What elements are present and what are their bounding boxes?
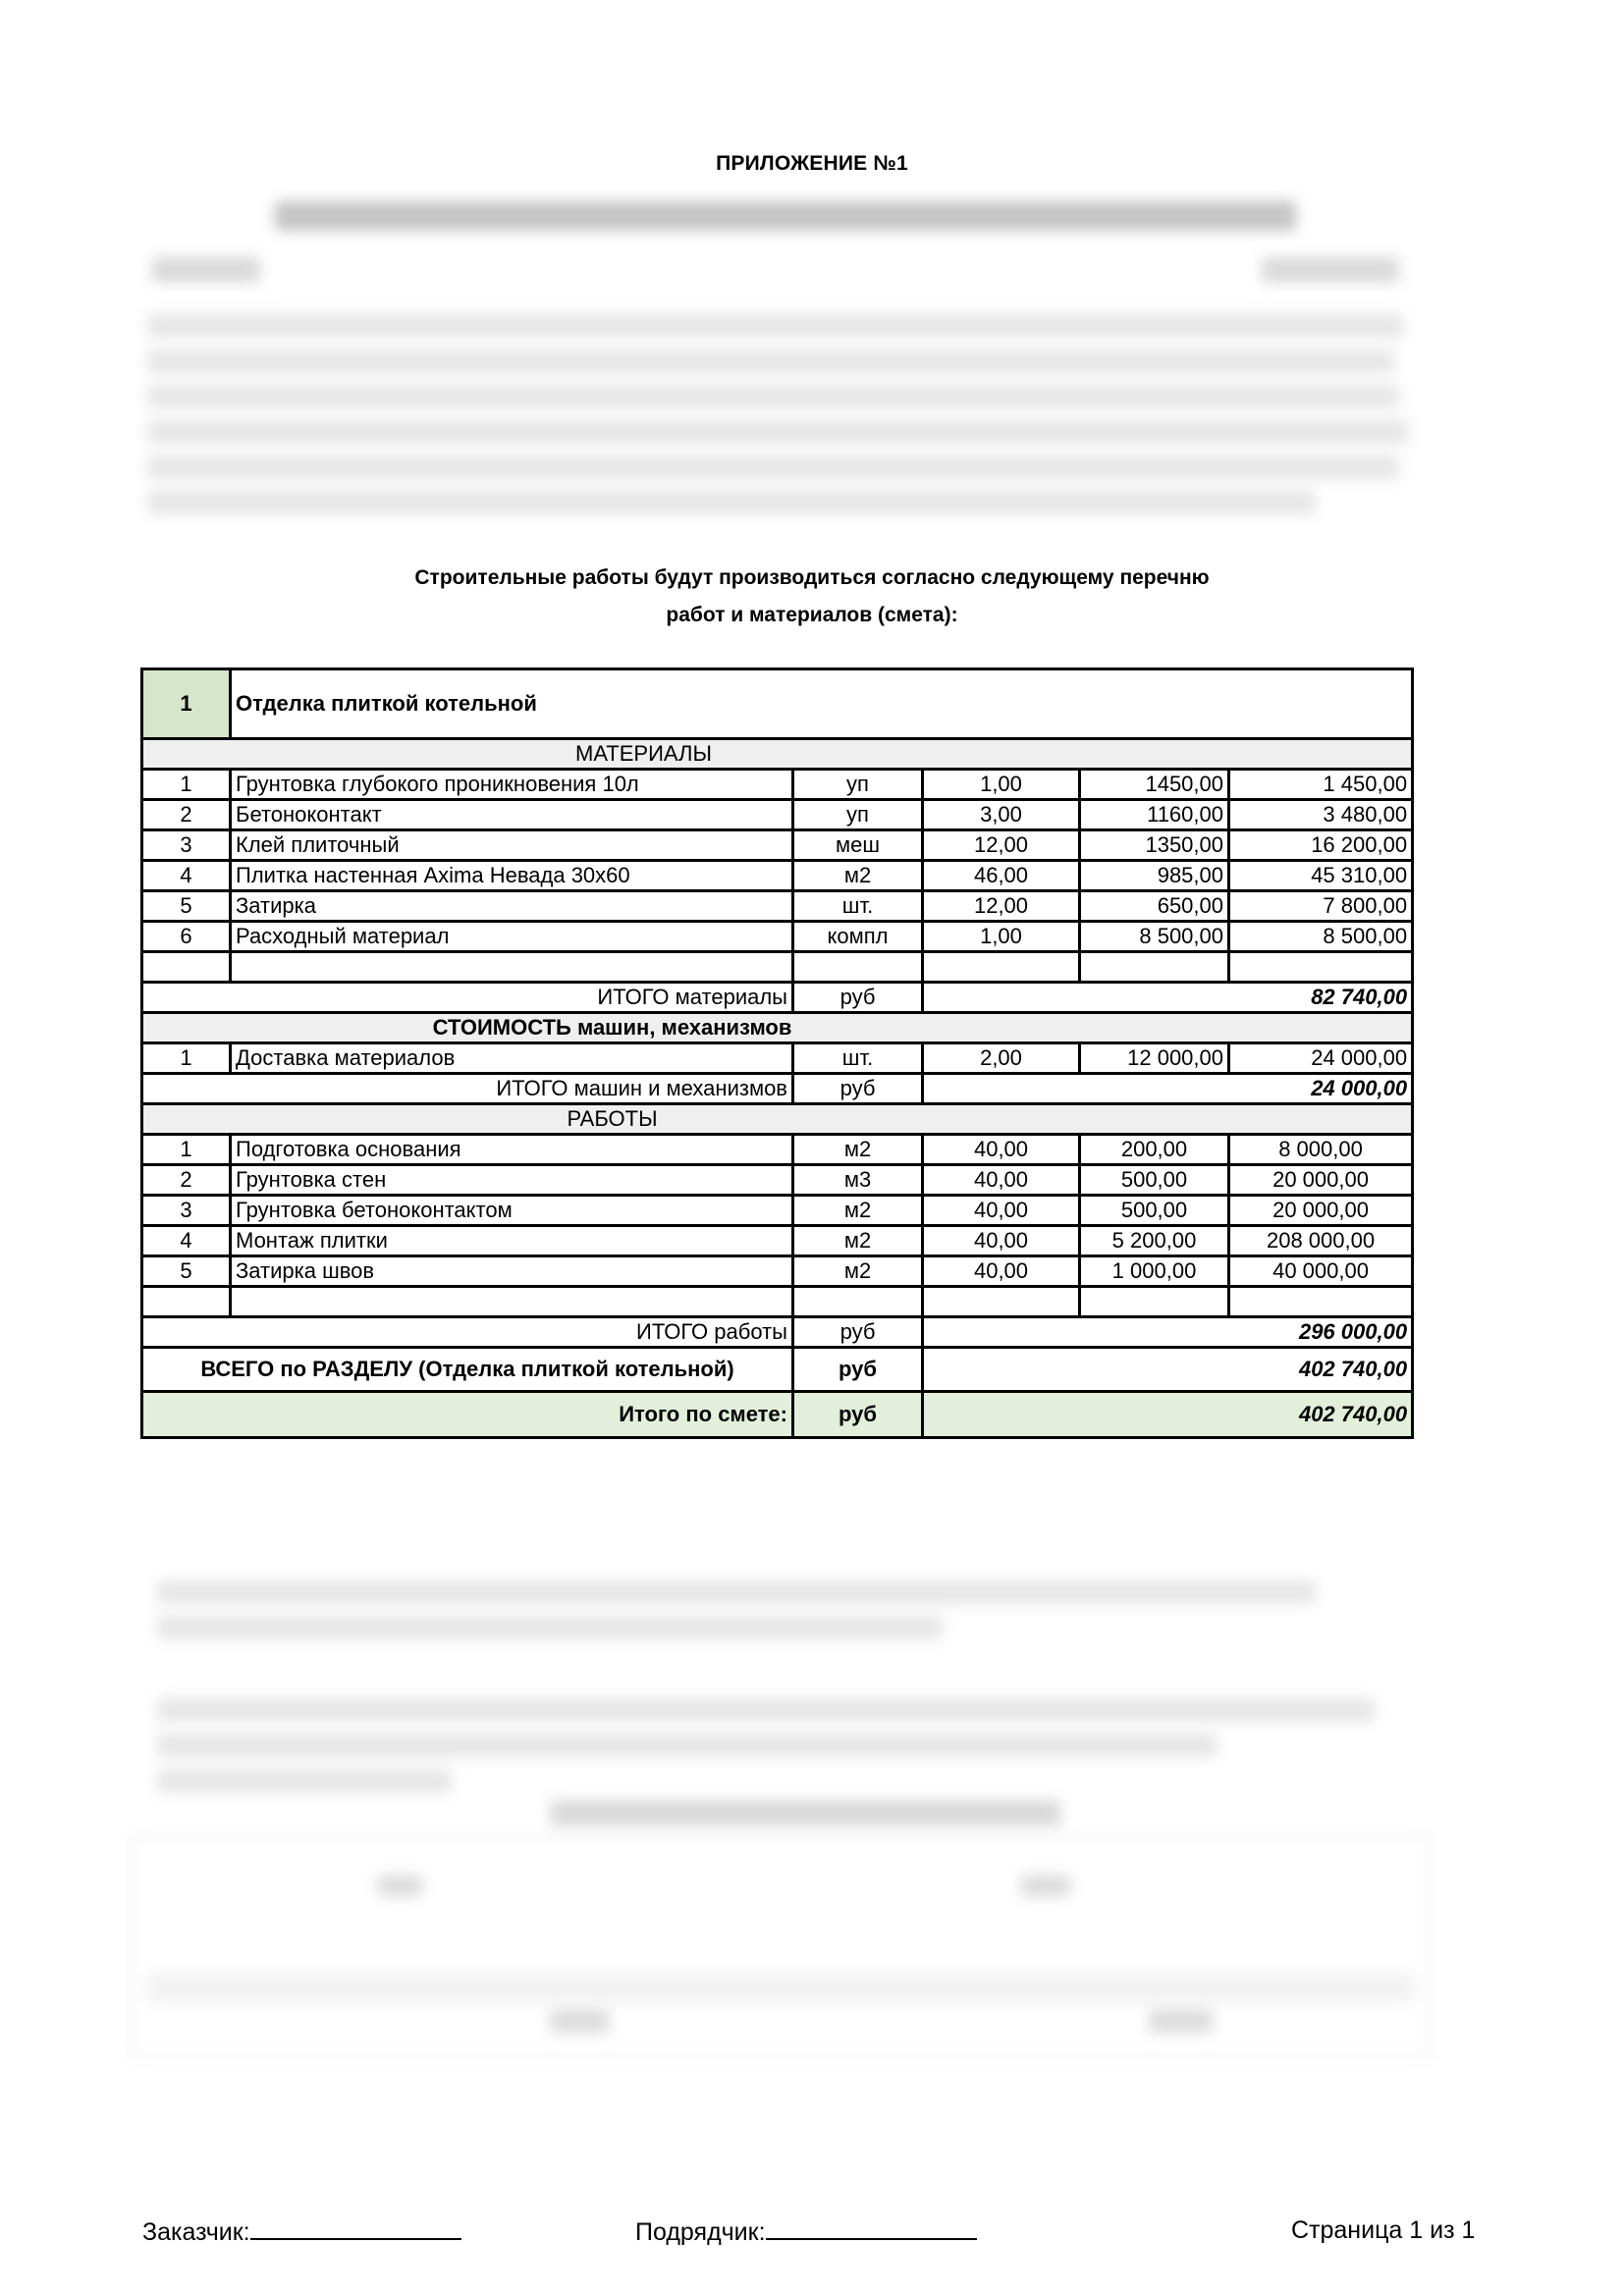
item-sum: 208 000,00	[1229, 1226, 1413, 1256]
materials-heading-row: МАТЕРИАЛЫ	[142, 739, 1413, 770]
item-qty: 46,00	[923, 861, 1080, 891]
works-heading: РАБОТЫ	[567, 1106, 657, 1131]
footer-customer: Заказчик:	[142, 2216, 461, 2247]
item-name: Доставка материалов	[231, 1043, 793, 1074]
table-row: 3Грунтовка бетоноконтактомм240,00500,002…	[142, 1196, 1413, 1226]
grand-total-label: Итого по смете:	[142, 1392, 793, 1438]
item-name: Затирка швов	[231, 1256, 793, 1287]
item-qty: 40,00	[923, 1196, 1080, 1226]
item-unit: шт.	[793, 891, 923, 922]
estimate-table: 1 Отделка плиткой котельной МАТЕРИАЛЫ 1Г…	[140, 667, 1414, 1439]
item-name: Бетоноконтакт	[231, 800, 793, 830]
redacted-header-block	[0, 0, 1624, 550]
item-name: Грунтовка стен	[231, 1165, 793, 1196]
item-sum: 16 200,00	[1229, 830, 1413, 861]
item-unit: м3	[793, 1165, 923, 1196]
contractor-signature-line	[766, 2216, 977, 2240]
item-unit: уп	[793, 800, 923, 830]
grand-total-row: Итого по смете:руб402 740,00	[142, 1392, 1413, 1438]
item-qty: 3,00	[923, 800, 1080, 830]
blank-row	[142, 1287, 1413, 1317]
item-name: Плитка настенная Axima Невада 30х60	[231, 861, 793, 891]
row-number: 4	[142, 861, 231, 891]
item-unit: м2	[793, 1135, 923, 1165]
grand-total-value: 402 740,00	[923, 1392, 1413, 1438]
item-sum: 8 000,00	[1229, 1135, 1413, 1165]
item-unit: компл	[793, 922, 923, 952]
materials-heading: МАТЕРИАЛЫ	[575, 741, 712, 766]
section-total-label: ВСЕГО по РАЗДЕЛУ (Отделка плиткой котель…	[142, 1348, 793, 1392]
table-row: 1Подготовка основаниям240,00200,008 000,…	[142, 1135, 1413, 1165]
section-total-row: ВСЕГО по РАЗДЕЛУ (Отделка плиткой котель…	[142, 1348, 1413, 1392]
table-row: 2Грунтовка стенм340,00500,0020 000,00	[142, 1165, 1413, 1196]
item-price: 12 000,00	[1080, 1043, 1229, 1074]
item-qty: 40,00	[923, 1256, 1080, 1287]
section-total-value: 402 740,00	[923, 1348, 1413, 1392]
contractor-label: Подрядчик:	[635, 2218, 766, 2246]
item-price: 1350,00	[1080, 830, 1229, 861]
item-qty: 1,00	[923, 922, 1080, 952]
works-total-row: ИТОГО работыруб296 000,00	[142, 1317, 1413, 1348]
row-number: 5	[142, 1256, 231, 1287]
row-number: 5	[142, 891, 231, 922]
machines-heading-row: СТОИМОСТЬ машин, механизмов	[142, 1013, 1413, 1043]
item-sum: 8 500,00	[1229, 922, 1413, 952]
item-unit: шт.	[793, 1043, 923, 1074]
total-value: 24 000,00	[923, 1074, 1413, 1104]
row-number: 3	[142, 830, 231, 861]
total-value: 296 000,00	[923, 1317, 1413, 1348]
table-row: 4Плитка настенная Axima Невада 30х60м246…	[142, 861, 1413, 891]
item-qty: 40,00	[923, 1226, 1080, 1256]
row-number: 3	[142, 1196, 231, 1226]
item-qty: 12,00	[923, 830, 1080, 861]
item-sum: 1 450,00	[1229, 770, 1413, 800]
table-row: 6Расходный материалкомпл1,008 500,008 50…	[142, 922, 1413, 952]
item-price: 1 000,00	[1080, 1256, 1229, 1287]
item-name: Монтаж плитки	[231, 1226, 793, 1256]
item-price: 8 500,00	[1080, 922, 1229, 952]
item-price: 500,00	[1080, 1165, 1229, 1196]
item-sum: 40 000,00	[1229, 1256, 1413, 1287]
row-number: 1	[142, 1135, 231, 1165]
table-row: 1Доставка материаловшт.2,0012 000,0024 0…	[142, 1043, 1413, 1074]
item-price: 500,00	[1080, 1196, 1229, 1226]
row-number: 1	[142, 770, 231, 800]
blank-row	[142, 952, 1413, 983]
section-number: 1	[142, 669, 231, 739]
intro-line-2: работ и материалов (смета):	[0, 597, 1624, 634]
customer-signature-line	[250, 2216, 461, 2240]
row-number: 2	[142, 1165, 231, 1196]
footer-contractor: Подрядчик:	[635, 2216, 977, 2247]
item-price: 5 200,00	[1080, 1226, 1229, 1256]
item-name: Грунтовка бетоноконтактом	[231, 1196, 793, 1226]
item-qty: 1,00	[923, 770, 1080, 800]
item-qty: 2,00	[923, 1043, 1080, 1074]
item-price: 1450,00	[1080, 770, 1229, 800]
row-number: 6	[142, 922, 231, 952]
redacted-terms-block	[0, 1551, 1624, 2160]
item-price: 200,00	[1080, 1135, 1229, 1165]
section-header-row: 1 Отделка плиткой котельной	[142, 669, 1413, 739]
item-name: Расходный материал	[231, 922, 793, 952]
section-title: Отделка плиткой котельной	[231, 669, 1413, 739]
item-sum: 20 000,00	[1229, 1196, 1413, 1226]
item-unit: м2	[793, 1226, 923, 1256]
item-qty: 40,00	[923, 1165, 1080, 1196]
total-unit: руб	[793, 1074, 923, 1104]
item-qty: 40,00	[923, 1135, 1080, 1165]
machines-heading-rest: машин, механизмов	[571, 1015, 792, 1040]
item-sum: 24 000,00	[1229, 1043, 1413, 1074]
table-row: 3Клей плиточныймеш12,001350,0016 200,00	[142, 830, 1413, 861]
page-number: Страница 1 из 1	[1291, 2216, 1475, 2245]
table-row: 1Грунтовка глубокого проникновения 10луп…	[142, 770, 1413, 800]
table-row: 5Затиркашт.12,00650,007 800,00	[142, 891, 1413, 922]
item-unit: м2	[793, 1196, 923, 1226]
table-row: 2Бетоноконтактуп3,001160,003 480,00	[142, 800, 1413, 830]
machines-total-row: ИТОГО машин и механизмовруб24 000,00	[142, 1074, 1413, 1104]
item-name: Подготовка основания	[231, 1135, 793, 1165]
item-sum: 20 000,00	[1229, 1165, 1413, 1196]
item-sum: 7 800,00	[1229, 891, 1413, 922]
item-name: Затирка	[231, 891, 793, 922]
item-name: Грунтовка глубокого проникновения 10л	[231, 770, 793, 800]
total-label: ИТОГО материалы	[142, 983, 793, 1013]
total-unit: руб	[793, 983, 923, 1013]
row-number: 4	[142, 1226, 231, 1256]
materials-total-row: ИТОГО материалыруб82 740,00	[142, 983, 1413, 1013]
intro-line-1: Строительные работы будут производиться …	[0, 560, 1624, 597]
item-price: 1160,00	[1080, 800, 1229, 830]
item-price: 985,00	[1080, 861, 1229, 891]
estimate-intro: Строительные работы будут производиться …	[0, 560, 1624, 634]
item-sum: 3 480,00	[1229, 800, 1413, 830]
item-unit: м2	[793, 1256, 923, 1287]
item-name: Клей плиточный	[231, 830, 793, 861]
total-label: ИТОГО машин и механизмов	[142, 1074, 793, 1104]
section-total-unit: руб	[793, 1348, 923, 1392]
item-unit: м2	[793, 861, 923, 891]
table-row: 4Монтаж плитким240,005 200,00208 000,00	[142, 1226, 1413, 1256]
total-value: 82 740,00	[923, 983, 1413, 1013]
total-label: ИТОГО работы	[142, 1317, 793, 1348]
item-unit: меш	[793, 830, 923, 861]
item-sum: 45 310,00	[1229, 861, 1413, 891]
row-number: 1	[142, 1043, 231, 1074]
item-price: 650,00	[1080, 891, 1229, 922]
item-qty: 12,00	[923, 891, 1080, 922]
grand-total-unit: руб	[793, 1392, 923, 1438]
works-heading-row: РАБОТЫ	[142, 1104, 1413, 1135]
table-row: 5Затирка швовм240,001 000,0040 000,00	[142, 1256, 1413, 1287]
machines-heading-bold: СТОИМОСТЬ	[433, 1015, 571, 1040]
customer-label: Заказчик:	[142, 2218, 250, 2246]
item-unit: уп	[793, 770, 923, 800]
row-number: 2	[142, 800, 231, 830]
total-unit: руб	[793, 1317, 923, 1348]
